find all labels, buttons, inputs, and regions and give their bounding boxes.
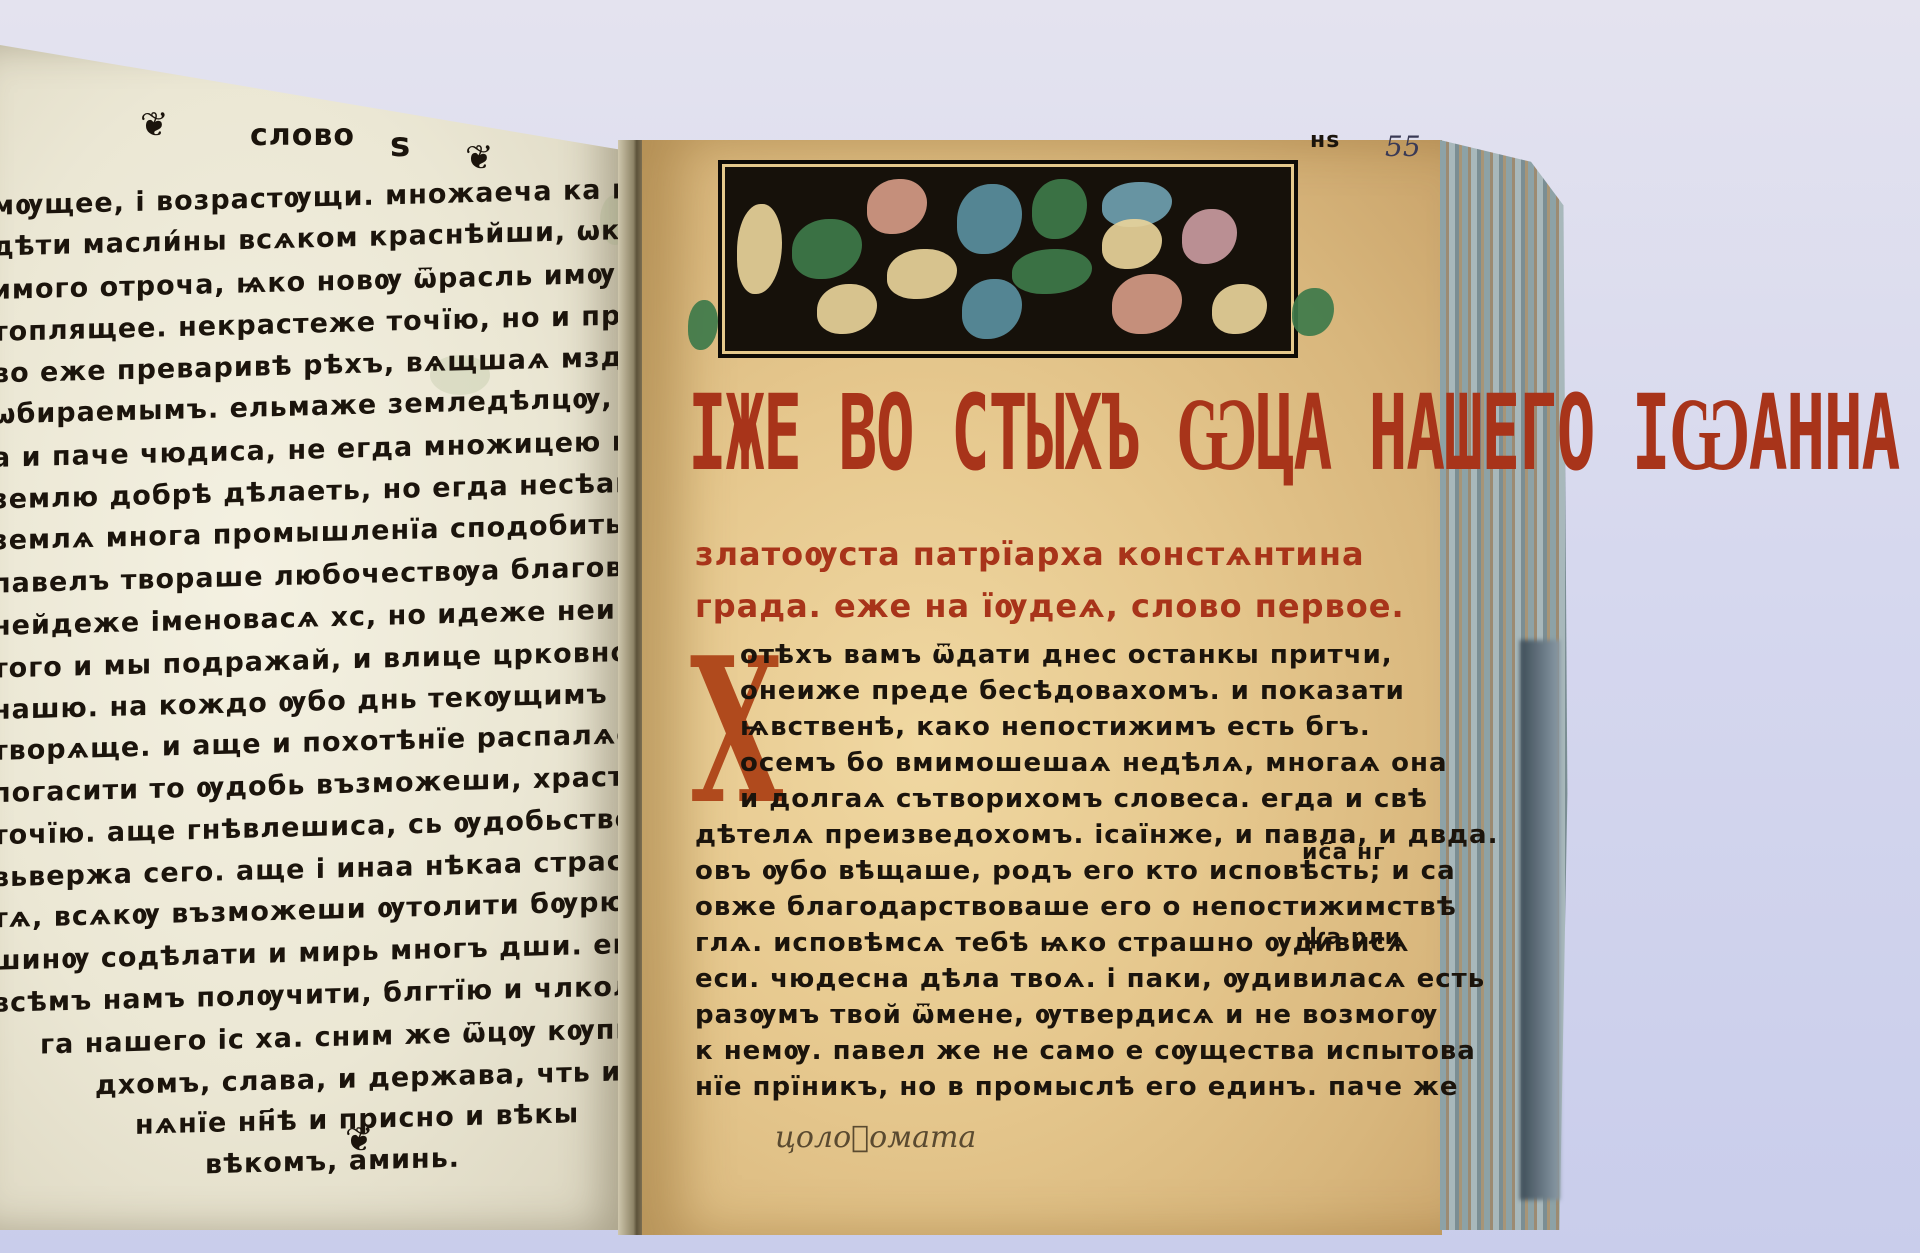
edge-shadow bbox=[1520, 640, 1560, 1200]
body-line: отѣхъ вамъ ѿдати днес останкы притчи, bbox=[740, 640, 1393, 670]
leaf-ornament bbox=[1212, 284, 1267, 334]
folio-signature: нѕ bbox=[1310, 128, 1340, 153]
woodcut-headpiece bbox=[718, 160, 1298, 358]
leaf-ornament bbox=[1102, 219, 1162, 269]
body-line: овже благодарствоваше его о непостижимст… bbox=[695, 892, 1457, 922]
ornament-left-icon: ❦ bbox=[140, 105, 169, 145]
margin-note: ис҃а нг bbox=[1302, 840, 1386, 865]
leaf-ornament bbox=[1032, 179, 1087, 239]
leaf-ornament bbox=[962, 279, 1022, 339]
leaf-ornament bbox=[957, 184, 1022, 254]
body-line: ѩвственѣ, како непостижимъ есть бгъ. bbox=[740, 712, 1371, 742]
body-line: осемъ бо вмимошешаѧ недѣлѧ, многаѧ она bbox=[740, 748, 1448, 778]
book-photo-scene: ❦ слово ѕ ❦ мѹщее, і возрастѹщи. множаеч… bbox=[0, 0, 1920, 1253]
body-line: нїе прїникъ, но в промыслѣ его единъ. па… bbox=[695, 1072, 1459, 1102]
leaf-ornament bbox=[867, 179, 927, 234]
title-line-3: града. еже на їѹдеѧ, слово первое. bbox=[695, 587, 1405, 625]
leaf-ornament bbox=[792, 219, 862, 279]
body-line: онеиже преде бесѣдовахомъ. и показати bbox=[740, 676, 1405, 706]
page-number: 55 bbox=[1385, 130, 1421, 163]
leaf-ornament bbox=[737, 204, 782, 294]
leaf-ornament bbox=[1112, 274, 1182, 334]
body-line: еси. чюдесна дѣла твоѧ. і паки, ѹдивилас… bbox=[695, 964, 1485, 994]
leaf-ornament bbox=[1182, 209, 1237, 264]
ornament-right-icon: ❦ bbox=[465, 138, 494, 178]
leaf-ornament bbox=[887, 249, 957, 299]
body-line: и долгаѧ сътворихомъ словеса. егда и свѣ bbox=[740, 784, 1428, 814]
leaf-ornament bbox=[1012, 249, 1092, 294]
handwritten-note: цолоⷣомата bbox=[775, 1120, 976, 1155]
title-large: ІЖЕ ВО СТЫХЪ ѠЦА НАШЕГО ІѠАННА bbox=[688, 372, 1899, 494]
ornament-bottom-icon: ❦ bbox=[345, 1120, 374, 1160]
leaf-ornament bbox=[817, 284, 877, 334]
running-title: слово bbox=[250, 118, 355, 153]
body-line: разѹмъ твой ѿмене, ѹтвердисѧ и не возмог… bbox=[695, 1000, 1438, 1030]
title-line-2: златоѹста патрїарха констѧнтина bbox=[695, 535, 1365, 573]
body-line: к немѹ. павел же не само е сѹщества испы… bbox=[695, 1036, 1476, 1066]
page-number-numeral: ѕ bbox=[390, 125, 411, 165]
margin-note: ѱа рли bbox=[1302, 925, 1401, 950]
